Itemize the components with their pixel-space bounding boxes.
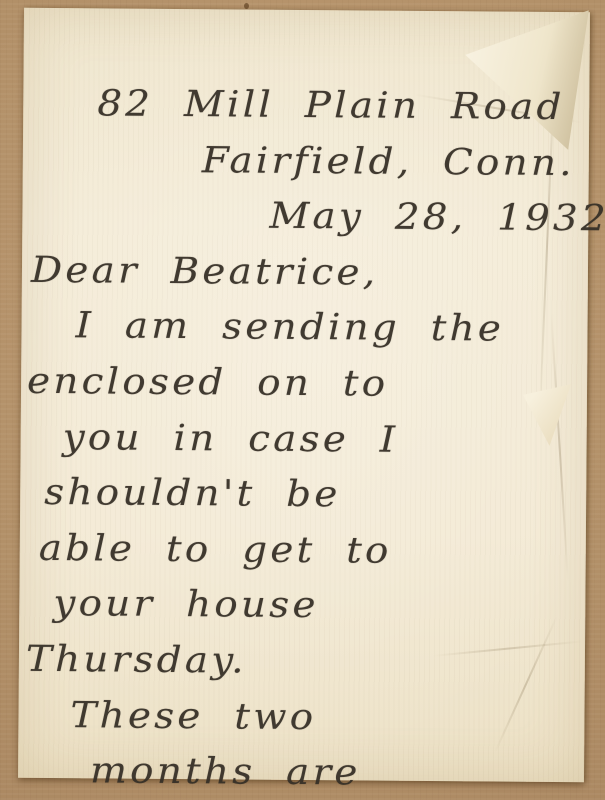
salutation: Dear Beatrice, (31, 243, 605, 303)
body-line: enclosed on to (27, 354, 605, 414)
letter-text: 82 Mill Plain Road Fairfield, Conn. May … (18, 76, 590, 800)
body-line: you in case I (62, 410, 605, 470)
photo-backdrop: 82 Mill Plain Road Fairfield, Conn. May … (0, 0, 605, 800)
body-line: shouldn't be (44, 465, 605, 525)
body-line: I am sending the (75, 299, 605, 359)
address-line-1: 82 Mill Plain Road (97, 76, 605, 136)
body-line: able to get to (39, 521, 605, 581)
body-line: months are (90, 743, 605, 800)
body-line: your house (53, 576, 605, 636)
body-line: Thursday. (26, 632, 605, 692)
date-line: May 28, 1932 (269, 189, 605, 247)
backdrop-speck (244, 3, 249, 9)
letter-paper: 82 Mill Plain Road Fairfield, Conn. May … (18, 8, 590, 782)
address-line-2: Fairfield, Conn. (202, 133, 605, 192)
body-line: These two (70, 688, 605, 748)
